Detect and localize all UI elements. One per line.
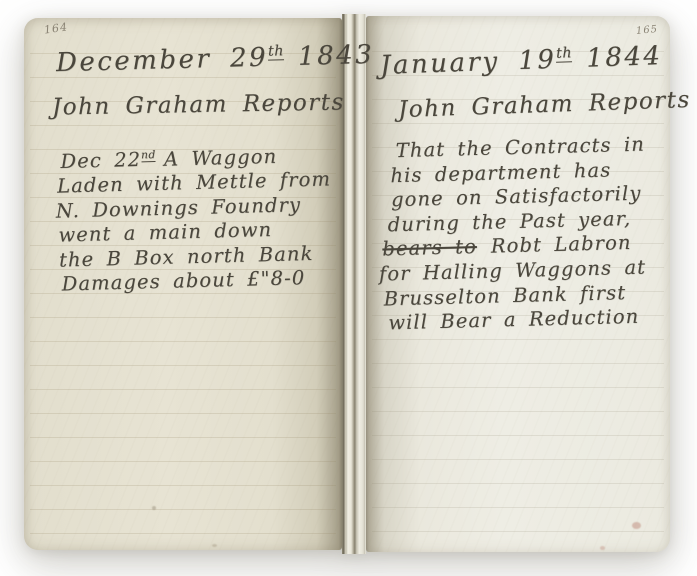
left-author-line: John Graham Reports [52,89,345,120]
notebook-photo: 164 December 29th1843 John Graham Report… [0,0,697,576]
entry-line-date: Dec 22 [60,148,141,173]
entry-line-text: Robt Labron [491,231,632,258]
left-entry-body: Dec 22ndA Waggon Laden with Mettle from … [56,138,334,297]
left-date-day: December 29 [56,43,269,79]
left-date-year: 1843 [298,40,375,72]
right-date-year: 1844 [586,41,663,74]
right-date-ordinal: th [556,46,573,64]
entry-line-ordinal: nd [141,148,156,162]
struck-out-text: bears to [382,235,477,260]
page-number-right: 165 [636,24,659,37]
book-spine-gutter [342,14,366,554]
right-entry-body: That the Contracts in his department has… [379,133,649,337]
left-date-ordinal: th [268,44,284,61]
entry-line-text: A Waggon [164,144,278,170]
right-date-day: January 19 [380,45,557,81]
